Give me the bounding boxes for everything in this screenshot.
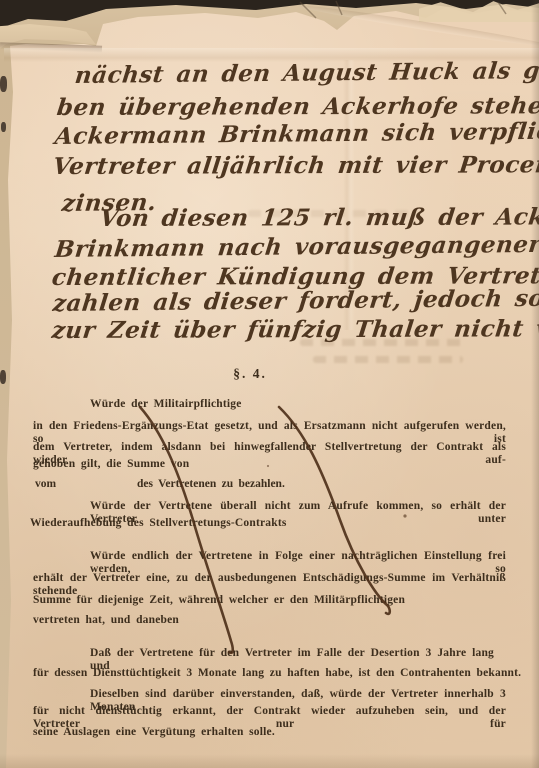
printed-line: gehoben gilt, die Summe von <box>33 458 189 471</box>
photo-edge-shadow-right <box>531 0 539 768</box>
paper-edge-notch <box>1 122 6 132</box>
photo-edge-shadow-bottom <box>0 754 539 768</box>
handwritten-line: ben übergehenden Ackerhofe stehen bleibt… <box>55 91 539 121</box>
printed-line: vertreten hat, und daneben <box>33 614 179 627</box>
printed-line-fragment: des Vertretenen zu bezahlen. <box>137 478 285 490</box>
printed-blank-label-vom: vom <box>35 478 56 490</box>
printed-line: Wiederaufhebung des Stellvertretungs-Con… <box>30 517 287 530</box>
handwritten-line: Brinkmann nach vorausgegangener vierwö <box>53 230 539 263</box>
printed-line: Summe für diejenige Zeit, während welche… <box>33 594 405 607</box>
handwritten-line: zur Zeit über fünfzig Thaler nicht verla… <box>50 315 539 344</box>
torn-edge-flap <box>419 0 539 22</box>
paper-edge-notch <box>0 76 7 92</box>
printed-line: für dessen Diensttüchtigkeit 3 Monate la… <box>33 667 521 680</box>
bleedthrough-ghost-text <box>313 356 463 363</box>
printed-line: seine Auslagen eine Vergütung erhalten s… <box>33 726 275 739</box>
handwritten-line: zahlen als dieser fordert, jedoch soll d… <box>51 283 539 317</box>
handwritten-line: Vertreter alljährlich mit vier Procent z… <box>51 151 539 180</box>
document-page-photo: nächst an den August Huck als gesetzlich… <box>0 0 539 768</box>
section-heading: §. 4. <box>0 366 500 382</box>
handwritten-line: Von diesen 125 rl. muß der Ackermann <box>98 203 539 232</box>
handwritten-line: Ackermann Brinkmann sich verpflichtet de… <box>53 117 539 150</box>
printed-line: Würde der Militairpflichtige <box>90 398 242 411</box>
